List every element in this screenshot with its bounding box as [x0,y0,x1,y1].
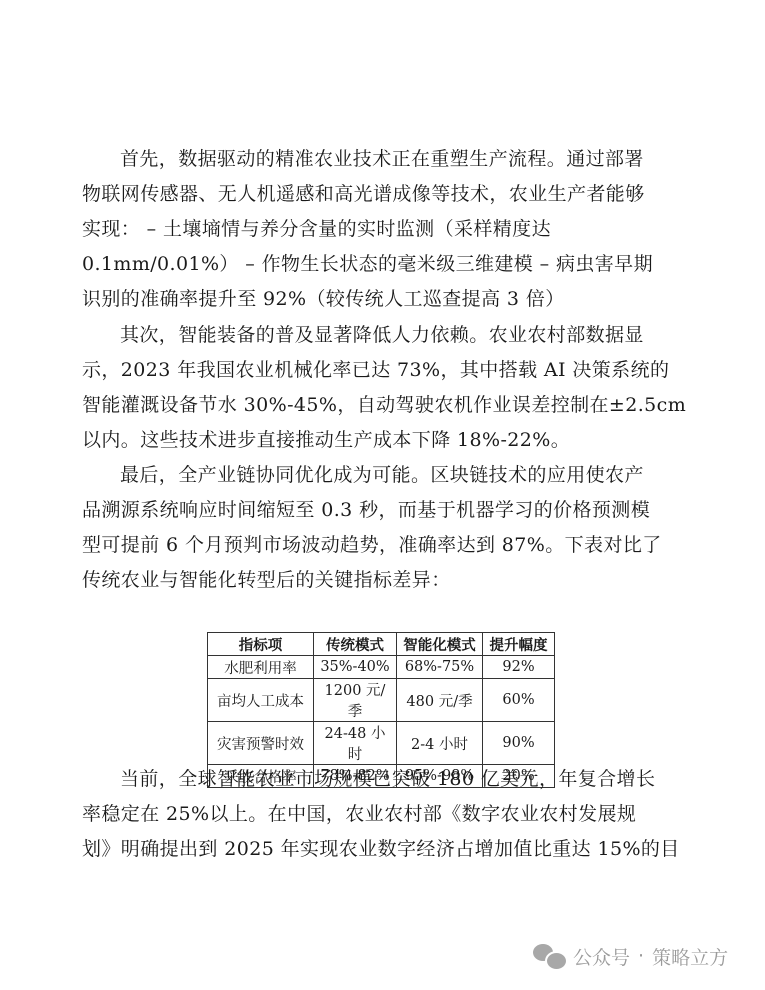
text-line: 首先，数据驱动的精准农业技术正在重塑生产流程。通过部署 [82,142,682,177]
watermark-prefix: 公众号 [573,943,630,970]
wechat-watermark: 公众号 · 策略立方 [533,942,728,970]
text-line: 当前，全球智能农业市场规模已突破 180 亿美元，年复合增长 [82,762,682,797]
table-cell: 灾害预警时效 [208,722,314,765]
table-cell: 1200 元/季 [314,679,397,722]
text-line: 以内。这些技术进步直接推动生产成本下降 18%-22%。 [82,423,682,458]
table-cell: 60% [483,679,555,722]
text-line: 传统农业与智能化转型后的关键指标差异： [82,563,682,598]
wechat-icon [533,942,567,970]
text-line: 率稳定在 25%以上。在中国，农业农村部《数字农业农村发展规 [82,797,682,832]
text-line: 划》明确提出到 2025 年实现农业数字经济占增加值比重达 15%的目 [82,832,682,867]
text-line: 品溯源系统响应时间缩短至 0.3 秒，而基于机器学习的价格预测模 [82,493,682,528]
text-line: 示，2023 年我国农业机械化率已达 73%，其中搭载 AI 决策系统的 [82,353,682,388]
table-cell: 35%-40% [314,656,397,679]
text-line: 物联网传感器、无人机遥感和高光谱成像等技术，农业生产者能够 [82,177,682,212]
table-row: 亩均人工成本 1200 元/季 480 元/季 60% [208,679,555,722]
table-header-cell: 指标项 [208,633,314,656]
text-line: 型可提前 6 个月预判市场波动趋势，准确率达到 87%。下表对比了 [82,528,682,563]
table-header-cell: 提升幅度 [483,633,555,656]
table-row: 水肥利用率 35%-40% 68%-75% 92% [208,656,555,679]
table-cell: 68%-75% [397,656,483,679]
table-cell: 亩均人工成本 [208,679,314,722]
table-cell: 水肥利用率 [208,656,314,679]
paragraph-market-outlook: 当前，全球智能农业市场规模已突破 180 亿美元，年复合增长 率稳定在 25%以… [82,762,682,867]
paragraph-precision-agriculture: 首先，数据驱动的精准农业技术正在重塑生产流程。通过部署 物联网传感器、无人机遥感… [82,142,682,317]
watermark-account-name: 策略立方 [652,943,728,970]
table-cell: 2-4 小时 [397,722,483,765]
table-cell: 24-48 小时 [314,722,397,765]
table-header-cell: 智能化模式 [397,633,483,656]
text-line: 其次，智能装备的普及显著降低人力依赖。农业农村部数据显 [82,318,682,353]
paragraph-smart-equipment: 其次，智能装备的普及显著降低人力依赖。农业农村部数据显 示，2023 年我国农业… [82,318,682,458]
table-header-row: 指标项 传统模式 智能化模式 提升幅度 [208,633,555,656]
text-line: 识别的准确率提升至 92%（较传统人工巡查提高 3 倍） [82,282,682,317]
table-cell: 90% [483,722,555,765]
table-cell: 480 元/季 [397,679,483,722]
text-line: 0.1mm/0.01%） – 作物生长状态的毫米级三维建模 – 病虫害早期 [82,247,682,282]
paragraph-supply-chain: 最后，全产业链协同优化成为可能。区块链技术的应用使农产 品溯源系统响应时间缩短至… [82,458,682,598]
table-header-cell: 传统模式 [314,633,397,656]
text-line: 最后，全产业链协同优化成为可能。区块链技术的应用使农产 [82,458,682,493]
table-row: 灾害预警时效 24-48 小时 2-4 小时 90% [208,722,555,765]
text-line: 智能灌溉设备节水 30%-45%，自动驾驶农机作业误差控制在±2.5cm [82,388,682,423]
text-line: 实现： – 土壤墒情与养分含量的实时监测（采样精度达 [82,212,682,247]
watermark-separator: · [638,945,644,967]
table-cell: 92% [483,656,555,679]
